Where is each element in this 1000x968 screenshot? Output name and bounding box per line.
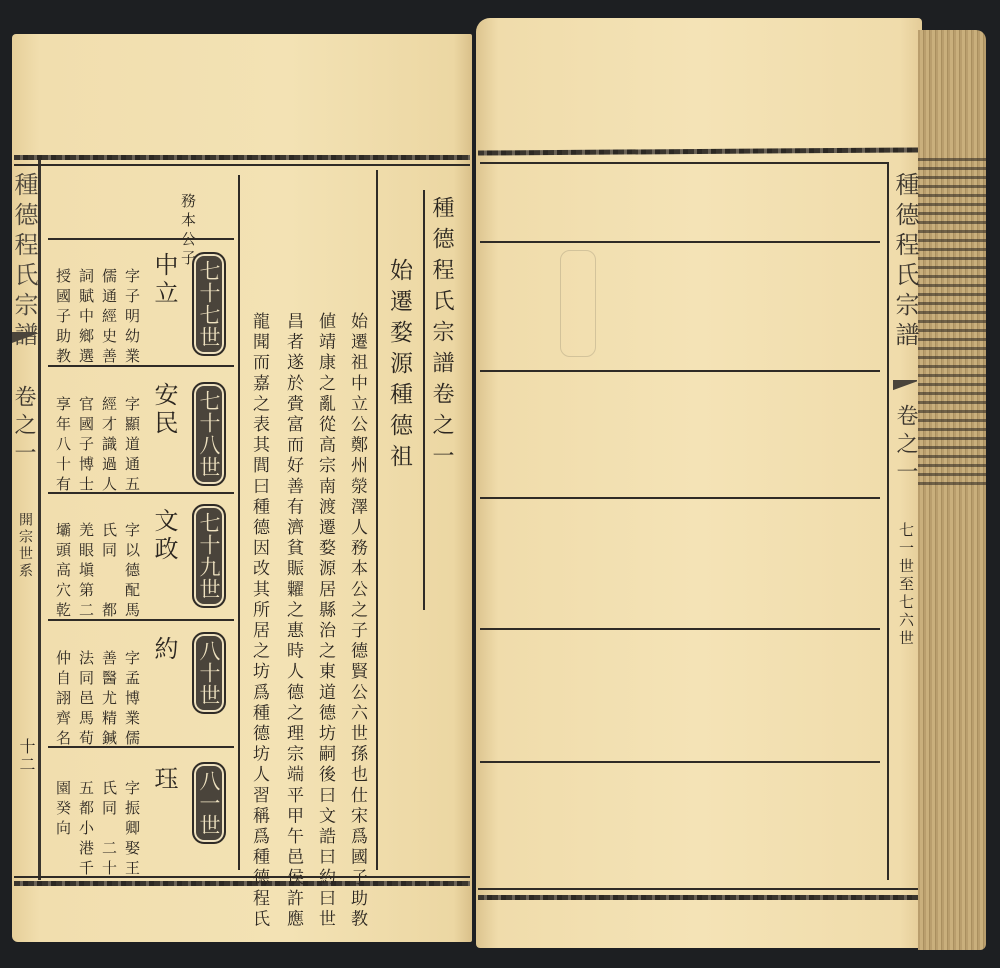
right-top-inner-border [480, 162, 888, 164]
book-title: 種德程氏宗譜卷之一 [430, 196, 452, 475]
ruled-line [480, 628, 880, 630]
left-volume-label: 卷之一 [12, 385, 34, 469]
show-through-mark [560, 250, 596, 357]
ruled-line [480, 241, 880, 243]
right-spine-title: 種德程氏宗譜 [893, 172, 917, 352]
left-section-label: 開宗世系 [18, 512, 32, 580]
ruled-line [480, 761, 880, 763]
generation-range-label: 七一世至七六世 [898, 522, 913, 648]
generation-bio: 氏同𦆁二十 [101, 780, 116, 880]
generation-bio: 氏同𦆁 都 [101, 522, 116, 622]
header-note: 務本公子 [180, 193, 195, 233]
generation-divider [48, 619, 234, 621]
top-border [14, 155, 470, 160]
top-inner-border [14, 164, 470, 166]
generation-bio: 字振卿娶王 [124, 780, 139, 880]
right-bottom-inner-border [478, 888, 918, 890]
narrative-column-4: 龍聞而嘉之表其閭曰種德因改其所居之坊爲種德坊人習稱爲種德程氏 [250, 312, 267, 930]
ruled-line [480, 370, 880, 372]
generation-bio: 壩頭高穴乾 [55, 522, 70, 622]
title-inner-rule [423, 190, 425, 610]
left-spine-title: 種德程氏宗譜 [12, 172, 36, 352]
generation-divider [48, 365, 234, 367]
generation-bio: 儒通經史善 [101, 268, 116, 368]
right-margin-rule [887, 162, 889, 880]
narrative-column-1: 始遷祖中立公鄭州滎澤人務本公之子德賢公六世孫也仕宋爲國子助教 [348, 312, 365, 930]
generation-badge-80: 八十世 [192, 632, 226, 714]
generation-bio: 善醫尤精鍼 [101, 650, 116, 750]
generation-bio: 詞賦中鄉選 [78, 268, 93, 368]
generation-name: 安民 [152, 382, 176, 438]
generation-bio: 五都小港千 [78, 780, 93, 880]
generation-bio: 法同邑馬荀 [78, 650, 93, 750]
generation-name: 文政 [152, 508, 176, 564]
title-column-divider [376, 170, 378, 870]
generation-divider [48, 746, 234, 748]
generation-bio: 字子明幼業 [124, 268, 139, 368]
narrative-divider [238, 175, 240, 870]
right-volume-label: 卷之一 [894, 404, 916, 488]
generation-bio: 官國子博士 [78, 396, 93, 496]
ruled-line [480, 497, 880, 499]
generation-bio: 字以德配馬 [124, 522, 139, 622]
book-page-edge [918, 30, 986, 950]
generation-name: 中立 [152, 252, 176, 308]
right-page [476, 18, 922, 948]
generation-badge-77: 七十七世 [192, 252, 226, 356]
right-bottom-border [478, 895, 918, 900]
generation-bio: 字孟博業儒 [124, 650, 139, 750]
generation-divider [48, 492, 234, 494]
generation-bio: 享年八十有 [55, 396, 70, 496]
generation-name: 珏 [152, 766, 176, 794]
generation-badge-81: 八一世 [192, 762, 226, 844]
generation-name: 約 [152, 636, 176, 664]
generation-divider [48, 238, 234, 240]
generation-badge-78: 七十八世 [192, 382, 226, 486]
fishtail-mark [12, 332, 36, 350]
generation-bio: 仲自詡齊名 [55, 650, 70, 750]
generation-bio: 經才識過人 [101, 396, 116, 496]
fishtail-mark [893, 380, 917, 396]
bottom-border [14, 881, 470, 886]
generation-bio: 授國子助教 [55, 268, 70, 368]
generation-bio: 園癸向 [55, 780, 70, 840]
page-number: 十二 [18, 738, 34, 774]
narrative-column-2: 値靖康之亂從高宗南渡遷婺源居縣治之東道德坊嗣後曰文誥曰約曰世 [316, 312, 333, 930]
generation-badge-79: 七十九世 [192, 504, 226, 608]
section-title: 始遷婺源種德祖 [387, 258, 410, 475]
generation-bio: 字顯道通五 [124, 396, 139, 496]
narrative-column-3: 昌者遂於賫富而好善有濟貧賑糶之惠時人德之理宗端平甲午邑侯許應 [284, 312, 301, 930]
left-margin-rule [38, 160, 41, 880]
generation-bio: 羌眼塡第二 [78, 522, 93, 622]
